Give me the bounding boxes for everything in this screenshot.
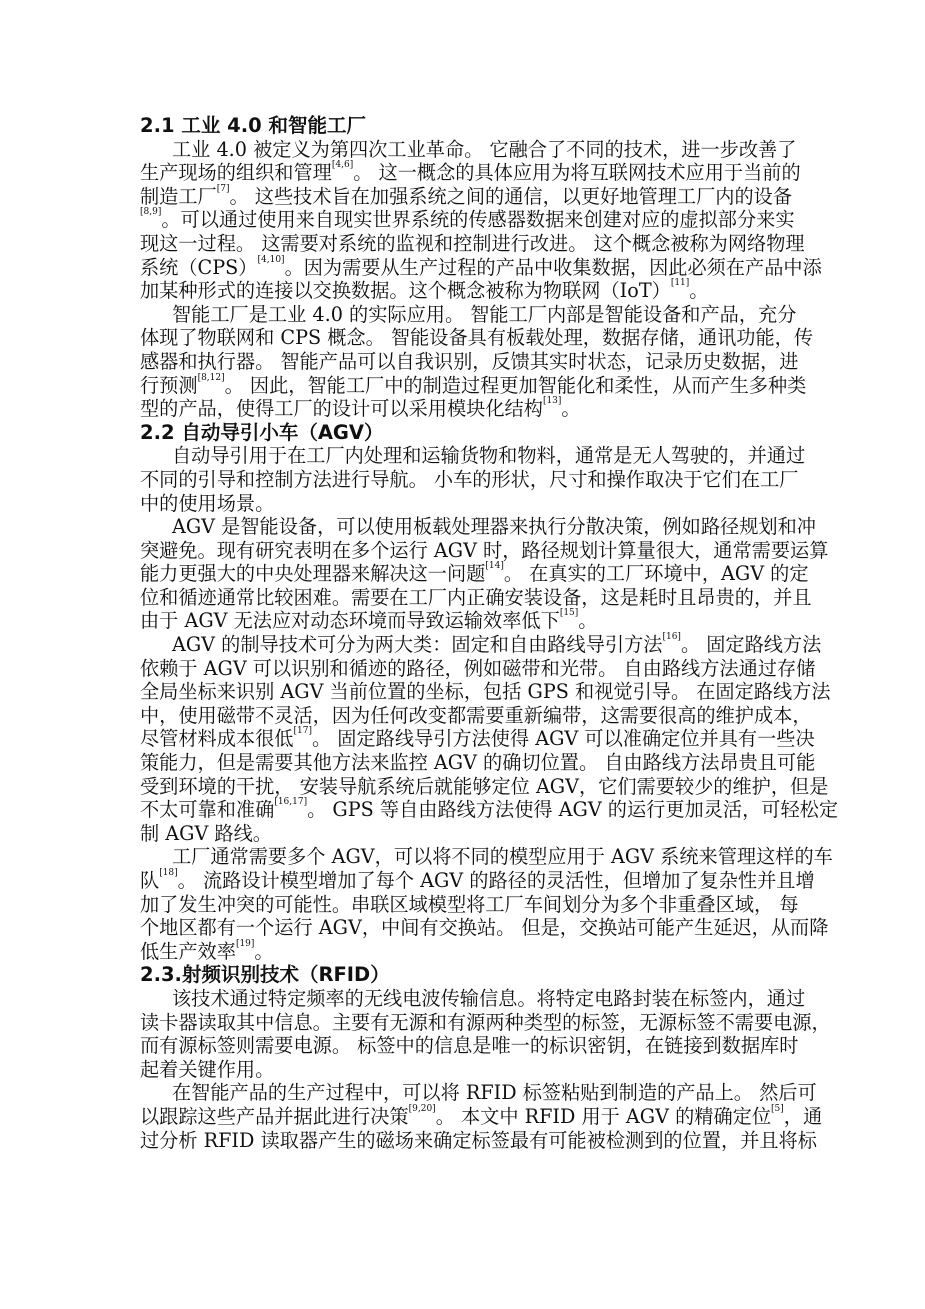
citation-ref: [13]	[543, 396, 561, 406]
citation-ref: [5]	[771, 1104, 784, 1114]
citation-ref: [14]	[485, 561, 503, 571]
citation-ref: [4,6]	[332, 160, 353, 170]
text-line: [8,9]。可以通过使用来自现实世界系统的传感器数据来创建对应的虚拟部分来实	[140, 208, 786, 232]
paragraph: 工厂通常需要多个 AGV，可以将不同的模型应用于 AGV 系统来管理这样的车队[…	[140, 845, 786, 963]
text-line: 个地区都有一个运行 AGV，中间有交换站。 但是，交换站可能产生延迟，从而降	[140, 916, 786, 940]
citation-ref: [8,12]	[198, 373, 225, 383]
text-line: 该技术通过特定频率的无线电波传输信息。将特定电路封装在标签内，通过	[140, 987, 786, 1011]
paragraph: 工业 4.0 被定义为第四次工业革命。 它融合了不同的技术，进一步改善了生产现场…	[140, 138, 786, 303]
text-line: 制造工厂[7]。 这些技术旨在加强系统之间的通信，以更好地管理工厂内的设备	[140, 185, 786, 209]
citation-ref: [17]	[294, 726, 312, 736]
text-line: 尽管材料成本很低[17]。 固定路线导引方法使得 AGV 可以准确定位并具有一些…	[140, 727, 786, 751]
text-line: 低生产效率[19]。	[140, 940, 786, 964]
section-heading: 2.1 工业 4.0 和智能工厂	[140, 114, 786, 138]
text-line: 工业 4.0 被定义为第四次工业革命。 它融合了不同的技术，进一步改善了	[140, 138, 786, 162]
text-line: 型的产品，使得工厂的设计可以采用模块化结构[13]。	[140, 397, 786, 421]
text-line: 能力更强大的中央处理器来解决这一问题[14]。 在真实的工厂环境中，AGV 的定	[140, 562, 786, 586]
text-line: 不同的引导和控制方法进行导航。 小车的形状，尺寸和操作取决于它们在工厂	[140, 468, 786, 492]
section-heading: 2.2 自动导引小车（AGV）	[140, 421, 786, 445]
text-line: AGV 是智能设备，可以使用板载处理器来执行分散决策，例如路径规划和冲	[140, 515, 786, 539]
text-line: AGV 的制导技术可分为两大类：固定和自由路线导引方法[16]。 固定路线方法	[140, 633, 786, 657]
paragraph: 智能工厂是工业 4.0 的实际应用。 智能工厂内部是智能设备和产品，充分体现了物…	[140, 303, 786, 421]
paragraph: 自动导引用于在工厂内处理和运输货物和物料，通常是无人驾驶的，并通过不同的引导和控…	[140, 444, 786, 515]
citation-ref: [4,10]	[258, 255, 285, 265]
citation-ref: [15]	[560, 608, 578, 618]
document-page: 2.1 工业 4.0 和智能工厂工业 4.0 被定义为第四次工业革命。 它融合了…	[140, 114, 786, 1152]
citation-ref: [8,9]	[140, 207, 161, 217]
text-line: 中的使用场景。	[140, 492, 786, 516]
text-line: 体现了物联网和 CPS 概念。 智能设备具有板载处理，数据存储，通讯功能，传	[140, 326, 786, 350]
paragraph: AGV 的制导技术可分为两大类：固定和自由路线导引方法[16]。 固定路线方法依…	[140, 633, 786, 845]
citation-ref: [16]	[662, 632, 680, 642]
text-line: 行预测[8,12]。 因此，智能工厂中的制造过程更加智能化和柔性，从而产生多种类	[140, 374, 786, 398]
text-line: 加某种形式的连接以交换数据。这个概念被称为物联网（IoT）[11]。	[140, 279, 786, 303]
text-line: 智能工厂是工业 4.0 的实际应用。 智能工厂内部是智能设备和产品，充分	[140, 303, 786, 327]
text-line: 起着关键作用。	[140, 1058, 786, 1082]
text-line: 制 AGV 路线。	[140, 822, 786, 846]
text-line: 受到环境的干扰， 安装导航系统后就能够定位 AGV，它们需要较少的维护，但是	[140, 775, 786, 799]
citation-ref: [7]	[217, 184, 230, 194]
paragraph: AGV 是智能设备，可以使用板载处理器来执行分散决策，例如路径规划和冲突避免。现…	[140, 515, 786, 633]
text-line: 过分析 RFID 读取器产生的磁场来确定标签最有可能被检测到的位置，并且将标	[140, 1129, 786, 1153]
text-line: 策能力，但是需要其他方法来监控 AGV 的确切位置。 自由路线方法昂贵且可能	[140, 751, 786, 775]
paragraph: 在智能产品的生产过程中，可以将 RFID 标签粘贴到制造的产品上。 然后可以跟踪…	[140, 1081, 786, 1152]
text-line: 全局坐标来识别 AGV 当前位置的坐标，包括 GPS 和视觉引导。 在固定路线方…	[140, 680, 786, 704]
text-line: 中，使用磁带不灵活，因为任何改变都需要重新编带，这需要很高的维护成本，	[140, 704, 786, 728]
text-line: 队[18]。 流路设计模型增加了每个 AGV 的路径的灵活性，但增加了复杂性并且…	[140, 869, 786, 893]
citation-ref: [16,17]	[274, 797, 307, 807]
text-line: 工厂通常需要多个 AGV，可以将不同的模型应用于 AGV 系统来管理这样的车	[140, 845, 786, 869]
paragraph: 该技术通过特定频率的无线电波传输信息。将特定电路封装在标签内，通过读卡器读取其中…	[140, 987, 786, 1081]
section-heading: 2.3.射频识别技术（RFID）	[140, 963, 786, 987]
text-line: 不太可靠和准确[16,17]。 GPS 等自由路线方法使得 AGV 的运行更加灵…	[140, 798, 786, 822]
text-line: 突避免。现有研究表明在多个运行 AGV 时，路径规划计算量很大，通常需要运算	[140, 539, 786, 563]
text-line: 而有源标签则需要电源。 标签中的信息是唯一的标识密钥，在链接到数据库时	[140, 1034, 786, 1058]
text-line: 自动导引用于在工厂内处理和运输货物和物料，通常是无人驾驶的，并通过	[140, 444, 786, 468]
text-line: 系统（CPS）[4,10]。因为需要从生产过程的产品中收集数据，因此必须在产品中…	[140, 256, 786, 280]
text-line: 以跟踪这些产品并据此进行决策[9,20]。 本文中 RFID 用于 AGV 的精…	[140, 1105, 786, 1129]
text-line: 现这一过程。 这需要对系统的监视和控制进行改进。 这个概念被称为网络物理	[140, 232, 786, 256]
text-line: 感器和执行器。 智能产品可以自我识别，反馈其实时状态，记录历史数据，进	[140, 350, 786, 374]
text-line: 在智能产品的生产过程中，可以将 RFID 标签粘贴到制造的产品上。 然后可	[140, 1081, 786, 1105]
text-line: 依赖于 AGV 可以识别和循迹的路径，例如磁带和光带。 自由路线方法通过存储	[140, 657, 786, 681]
citation-ref: [19]	[236, 939, 254, 949]
citation-ref: [9,20]	[409, 1104, 436, 1114]
text-line: 加了发生冲突的可能性。串联区域模型将工厂车间划分为多个非重叠区域， 每	[140, 893, 786, 917]
citation-ref: [18]	[159, 868, 177, 878]
citation-ref: [11]	[671, 278, 689, 288]
text-line: 由于 AGV 无法应对动态环境而导致运输效率低下[15]。	[140, 609, 786, 633]
text-line: 位和循迹通常比较困难。需要在工厂内正确安装设备，这是耗时且昂贵的，并且	[140, 586, 786, 610]
text-line: 读卡器读取其中信息。主要有无源和有源两种类型的标签，无源标签不需要电源，	[140, 1011, 786, 1035]
text-line: 生产现场的组织和管理[4,6]。 这一概念的具体应用为将互联网技术应用于当前的	[140, 161, 786, 185]
